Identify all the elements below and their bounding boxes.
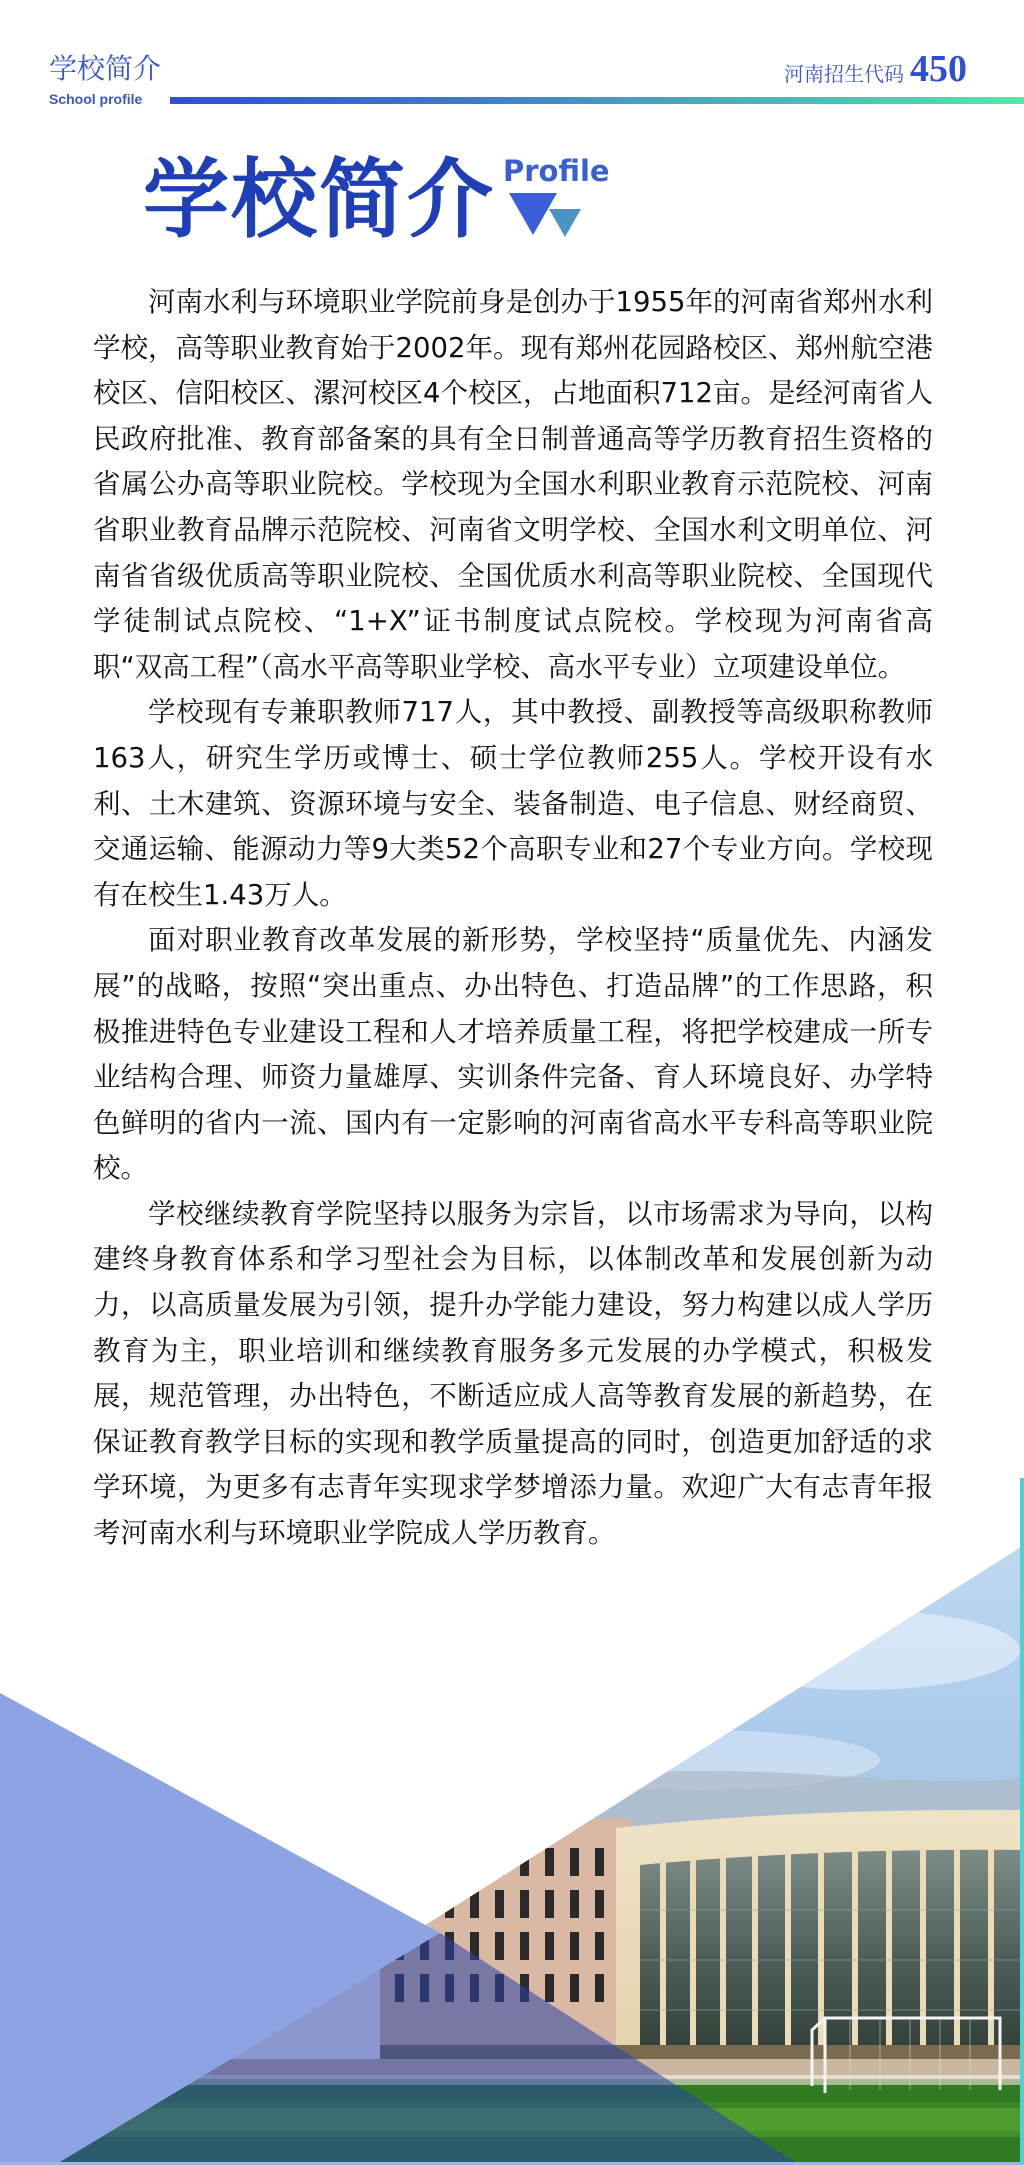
header-gradient-rule — [170, 97, 1024, 104]
enrollment-code: 河南招生代码 450 — [784, 49, 967, 89]
header-title-en: School profile — [49, 91, 142, 107]
enrollment-code-number: 450 — [910, 49, 967, 89]
page-title: 学校简介 — [143, 150, 495, 250]
header-title-cn: 学校简介 — [49, 53, 161, 85]
article-body: 河南水利与环境职业学院前身是创办于1955年的河南省郑州水利学校，高等职业教育始… — [93, 280, 933, 1557]
page-subtitle-en: Profile — [503, 154, 610, 188]
triangle-down-small-icon — [549, 209, 581, 237]
paragraph-history: 河南水利与环境职业学院前身是创办于1955年的河南省郑州水利学校，高等职业教育始… — [93, 280, 933, 690]
right-accent-edge — [1020, 1478, 1024, 2165]
campus-photo-composition — [0, 1470, 1024, 2165]
campus-photo — [0, 1470, 1024, 2165]
paragraph-faculty: 学校现有专兼职教师717人，其中教授、副教授等高级职称教师163人，研究生学历或… — [93, 690, 933, 918]
enrollment-code-label: 河南招生代码 — [784, 60, 904, 88]
paragraph-strategy: 面对职业教育改革发展的新形势，学校坚持“质量优先、内涵发展”的战略，按照“突出重… — [93, 918, 933, 1192]
